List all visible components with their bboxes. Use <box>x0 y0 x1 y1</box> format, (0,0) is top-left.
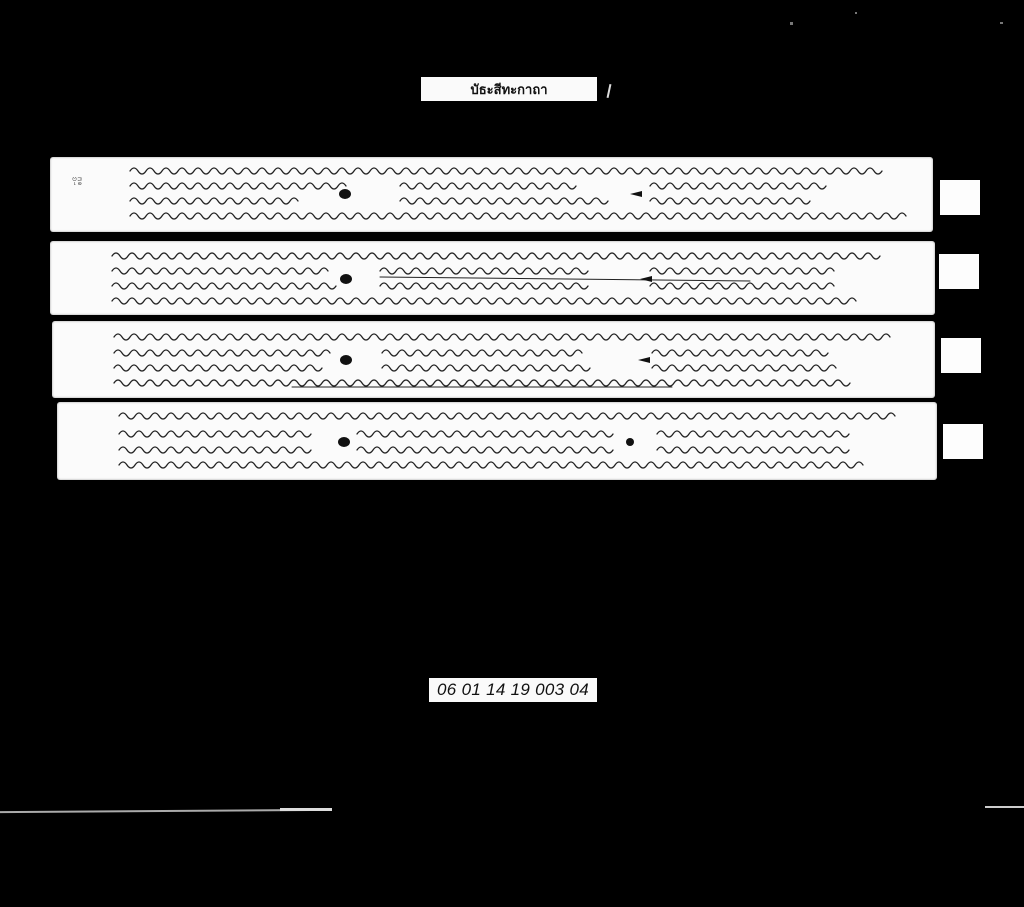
leaf-4-script <box>57 402 937 480</box>
binding-hole-left <box>340 274 352 284</box>
binding-hole-left <box>339 189 351 199</box>
catalog-number-label: 06 01 14 19 003 04 <box>429 678 597 702</box>
leaf-tab-1 <box>940 180 980 215</box>
catalog-number: 06 01 14 19 003 04 <box>437 680 589 700</box>
scan-artifact-line <box>985 806 1024 808</box>
leaf-2-script <box>50 241 935 315</box>
leaf-tab-2 <box>939 254 979 289</box>
pen-mark <box>607 84 612 98</box>
leaf-tab-4 <box>943 424 983 459</box>
title-text: บัธะสีทะกาถา <box>471 79 548 100</box>
scan-speck <box>1000 22 1003 24</box>
binding-hole-right <box>626 438 634 446</box>
scan-speck <box>855 12 857 14</box>
leaf-tab-3 <box>941 338 981 373</box>
palm-leaf-3 <box>52 321 935 398</box>
marginal-note: ဗုဒ္ဓ <box>72 173 82 185</box>
palm-leaf-1: ဗုဒ္ဓ <box>50 157 933 232</box>
leaf-1-script <box>50 157 933 232</box>
palm-leaf-2 <box>50 241 935 315</box>
binding-hole-left <box>338 437 350 447</box>
title-label: บัธะสีทะกาถา <box>421 77 597 101</box>
scan-artifact-line <box>280 808 332 811</box>
leaf-3-script <box>52 321 935 398</box>
scan-speck <box>790 22 793 25</box>
palm-leaf-4 <box>57 402 937 480</box>
binding-hole-left <box>340 355 352 365</box>
